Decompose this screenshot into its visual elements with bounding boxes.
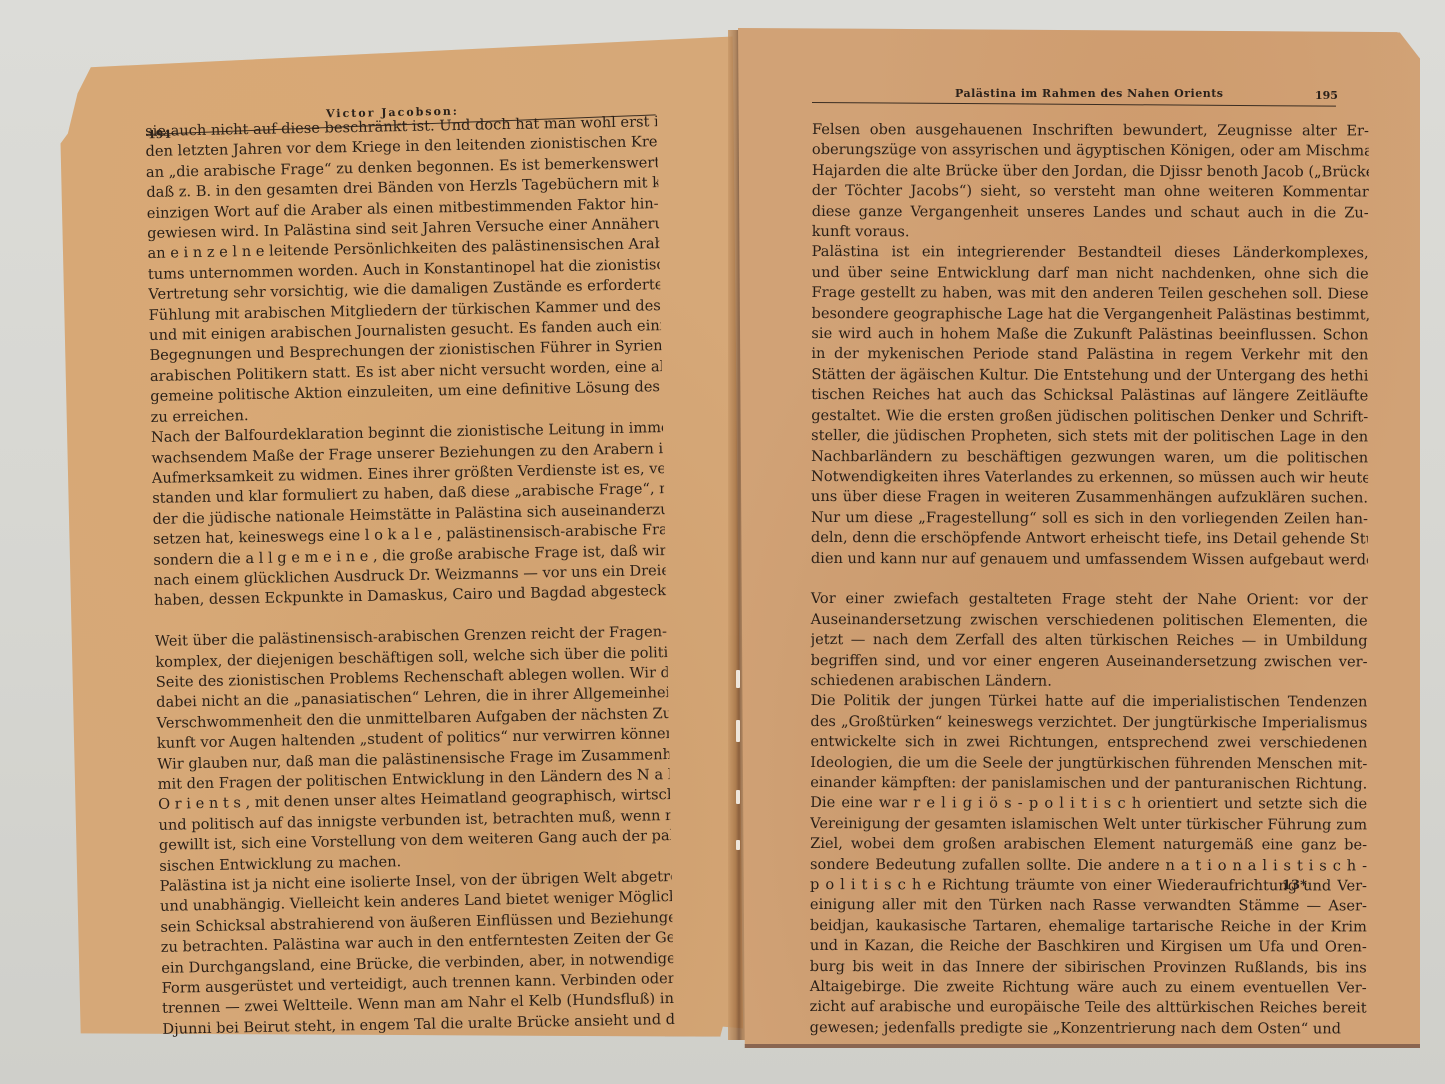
text-line: Nur um diese „Fragestellung“ soll es sic… (811, 508, 1368, 530)
right-body-text: Felsen oben ausgehauenen Inschriften bew… (810, 120, 1369, 1040)
text-line: sondere Bedeutung zufallen sollte. Die a… (810, 855, 1367, 877)
text-line: diese ganze Vergangenheit unseres Landes… (812, 202, 1369, 224)
text-line: des „Großtürken“ keineswegs verzichtet. … (810, 712, 1367, 734)
text-line: dien und kann nur auf genauem und umfass… (811, 549, 1368, 571)
text-line: zicht auf arabische und europäische Teil… (810, 997, 1367, 1019)
spine-gap (736, 670, 740, 688)
text-line: Vor einer zwiefach gestalteten Frage ste… (811, 589, 1368, 611)
text-line: jetzt — nach dem Zerfall des alten türki… (811, 630, 1368, 652)
text-line: uns über diese Fragen in weiteren Zusamm… (811, 487, 1368, 509)
text-line: schiedenen arabischen Ländern. (811, 671, 1368, 693)
text-line: oberungszüge von assyrischen und ägyptis… (812, 140, 1369, 162)
text-line: burg bis weit in das Innere der sibirisc… (810, 957, 1367, 979)
text-line: Ziel, wobei dem großen arabischen Elemen… (810, 834, 1367, 856)
text-line: Frage gestellt zu haben, was mit den and… (812, 283, 1369, 305)
text-line: deln, denn die erschöpfende Antwort erhe… (811, 528, 1368, 550)
text-line: entwickelte sich in zwei Richtungen, ent… (810, 732, 1367, 754)
text-line: einigung aller mit den Türken nach Rasse… (810, 895, 1367, 917)
text-line: Die Politik der jungen Türkei hatte auf … (810, 691, 1367, 713)
right-page-number: 195 (1315, 89, 1338, 102)
text-line: kunft voraus. (812, 222, 1369, 244)
text-line: Felsen oben ausgehauenen Inschriften bew… (812, 120, 1369, 142)
spine-gap (736, 790, 740, 804)
text-line (811, 569, 1368, 591)
spine-gap (736, 720, 740, 742)
text-line: besondere geographische Lage hat die Ver… (811, 304, 1368, 326)
text-line: Stätten der ägäischen Kultur. Die Entste… (811, 365, 1368, 387)
text-line: Altaigebirge. Die zweite Richtung wäre a… (810, 977, 1367, 999)
text-line: gewesen; jedenfalls predigte sie „Konzen… (810, 1018, 1367, 1040)
text-line: und in Kazan, die Reiche der Baschkiren … (810, 936, 1367, 958)
text-line: sie wird auch in hohem Maße die Zukunft … (811, 324, 1368, 346)
text-line: Notwendigkeiten ihres Vaterlandes zu erk… (811, 467, 1368, 489)
text-line: und über seine Entwicklung darf man nich… (812, 263, 1369, 285)
text-line: Hajarden die alte Brücke über den Jordan… (812, 161, 1369, 183)
left-body-text: sie auch nicht auf diese beschränkt ist.… (145, 112, 675, 1040)
text-line: Palästina ist ein integrierender Bestand… (812, 242, 1369, 264)
text-line: in der mykenischen Periode stand Palästi… (811, 344, 1368, 366)
text-line: gestaltet. Wie die ersten großen jüdisch… (811, 406, 1368, 428)
text-line: einander kämpften: der panislamischen un… (810, 773, 1367, 795)
text-line: der Töchter Jacobs“) sieht, so versteht … (812, 181, 1369, 203)
right-running-head: Palästina im Rahmen des Nahen Orients (955, 87, 1224, 100)
text-line: Nachbarländern zu beschäftigen gezwungen… (811, 446, 1368, 468)
spine-gap (736, 840, 740, 850)
signature-mark: 13* (1282, 878, 1307, 893)
text-line: Ideologien, die um die Seele der jungtür… (810, 753, 1367, 775)
text-line: begriffen sind, und vor einer engeren Au… (811, 651, 1368, 673)
text-line: steller, die jüdischen Propheten, sich s… (811, 426, 1368, 448)
text-line: Auseinandersetzung zwischen verschiedene… (811, 610, 1368, 632)
text-line: Die eine war r e l i g i ö s - p o l i t… (810, 793, 1367, 815)
text-line: beidjan, kaukasische Tartaren, ehemalige… (810, 916, 1367, 938)
text-line: Vereinigung der gesamten islamischen Wel… (810, 814, 1367, 836)
text-line: tischen Reiches hat auch das Schicksal P… (811, 385, 1368, 407)
